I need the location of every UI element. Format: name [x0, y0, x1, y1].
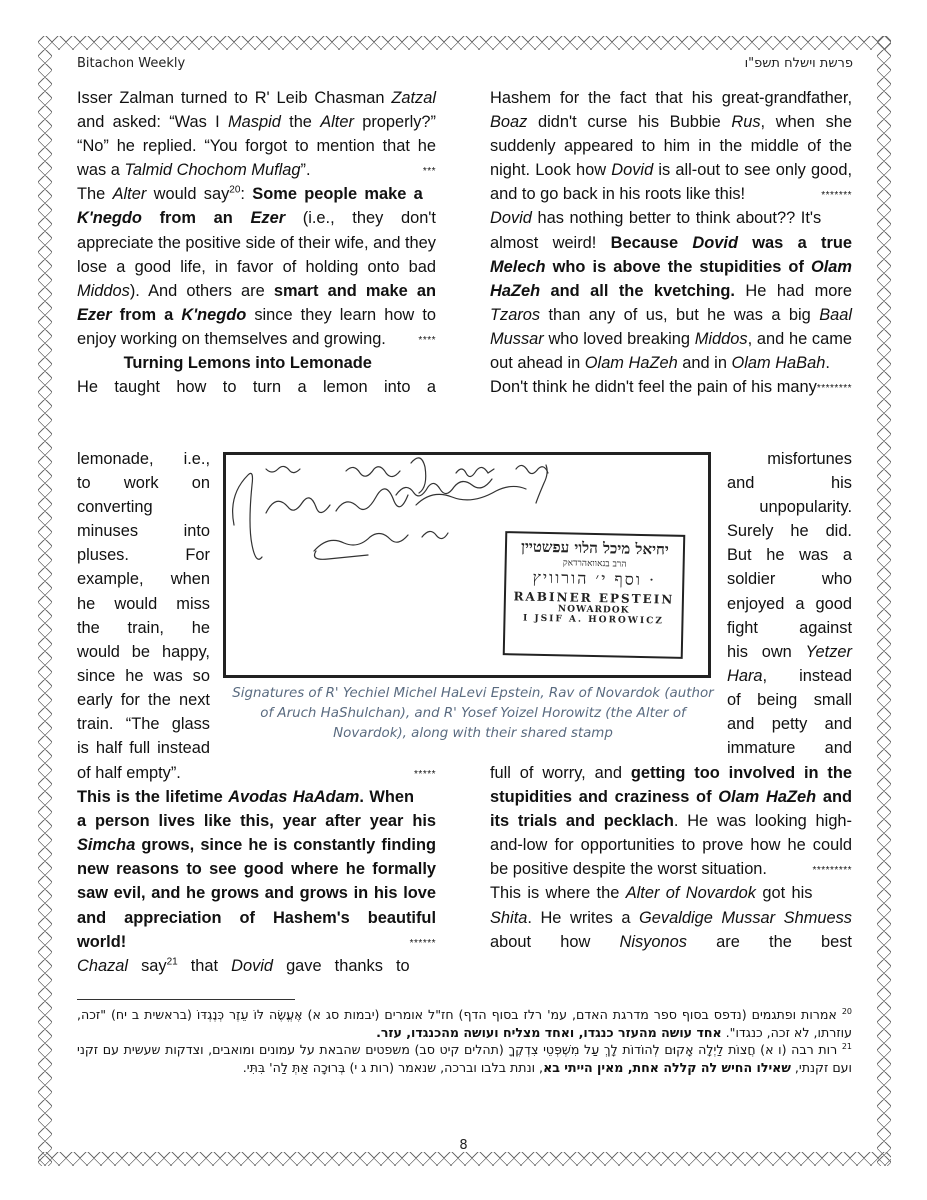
paragraph: Dovid has nothing better to think about?…: [490, 206, 852, 375]
border-left: [38, 36, 52, 1166]
section-separator: ****: [418, 329, 436, 353]
page-number: 8: [0, 1138, 927, 1153]
footnotes: 20 אמרות ופתגמים (נדפס בסוף ספר מדרגת הא…: [77, 1006, 852, 1076]
footnote-20: 20 אמרות ופתגמים (נדפס בסוף ספר מדרגת הא…: [77, 1006, 852, 1041]
section-separator: ********: [817, 377, 852, 401]
section-separator: *******: [821, 184, 852, 208]
paragraph: of half empty”.*****: [77, 761, 436, 785]
border-top: [38, 36, 891, 50]
right-column-lower: full of worry, and getting too involved …: [490, 761, 852, 954]
right-wrap-text: misfortunes and his unpopularity. Surely…: [727, 447, 852, 760]
paragraph: Hashem for the fact that his great-grand…: [490, 86, 852, 206]
footnote-ref-21[interactable]: 21: [167, 956, 178, 967]
figure-caption: Signatures of R' Yechiel Michel HaLevi E…: [226, 684, 720, 744]
border-bottom: [38, 1152, 891, 1166]
section-separator: ******: [410, 932, 436, 956]
left-column: Isser Zalman turned to R' Leib Chasman Z…: [77, 86, 436, 399]
paragraph: The Alter would say20: Some people make …: [77, 182, 436, 351]
left-wrap-text: lemonade, i.e., to work on converting mi…: [77, 447, 210, 760]
paragraph: full of worry, and getting too involved …: [490, 761, 852, 881]
footnote-21: 21 רות רבה (ו א) חֲצוֹת לַיְלָה אָקוּם ל…: [77, 1041, 852, 1076]
paragraph-first-line: Don't think he didn't feel the pain of h…: [490, 375, 852, 399]
right-column: Hashem for the fact that his great-grand…: [490, 86, 852, 401]
footnote-divider: [77, 999, 295, 1000]
section-separator: ***: [423, 160, 436, 184]
stamp: יחיאל מיכל הלוי עפשטיין הרב בנאוואהרדאק …: [503, 531, 686, 659]
paragraph-first-line: He taught how to turn a lemon into a: [77, 375, 436, 399]
signatures-image: יחיאל מיכל הלוי עפשטיין הרב בנאוואהרדאק …: [223, 452, 711, 678]
paragraph: Chazal say21 that Dovid gave thanks to: [77, 954, 436, 978]
section-separator: *********: [812, 859, 852, 883]
section-heading: Turning Lemons into Lemonade: [77, 351, 436, 375]
publication-title: Bitachon Weekly: [77, 56, 185, 71]
paragraph: Isser Zalman turned to R' Leib Chasman Z…: [77, 86, 436, 182]
border-right: [877, 36, 891, 1166]
paragraph: This is where the Alter of Novardok got …: [490, 881, 852, 953]
footnote-ref-20[interactable]: 20: [229, 185, 240, 196]
section-separator: *****: [414, 763, 436, 787]
left-column-lower: of half empty”.***** This is the lifetim…: [77, 761, 436, 978]
parsha-title: פרשת וישלח תשפ"ו: [745, 56, 853, 71]
paragraph: This is the lifetime Avodas HaAdam. When…: [77, 785, 436, 954]
